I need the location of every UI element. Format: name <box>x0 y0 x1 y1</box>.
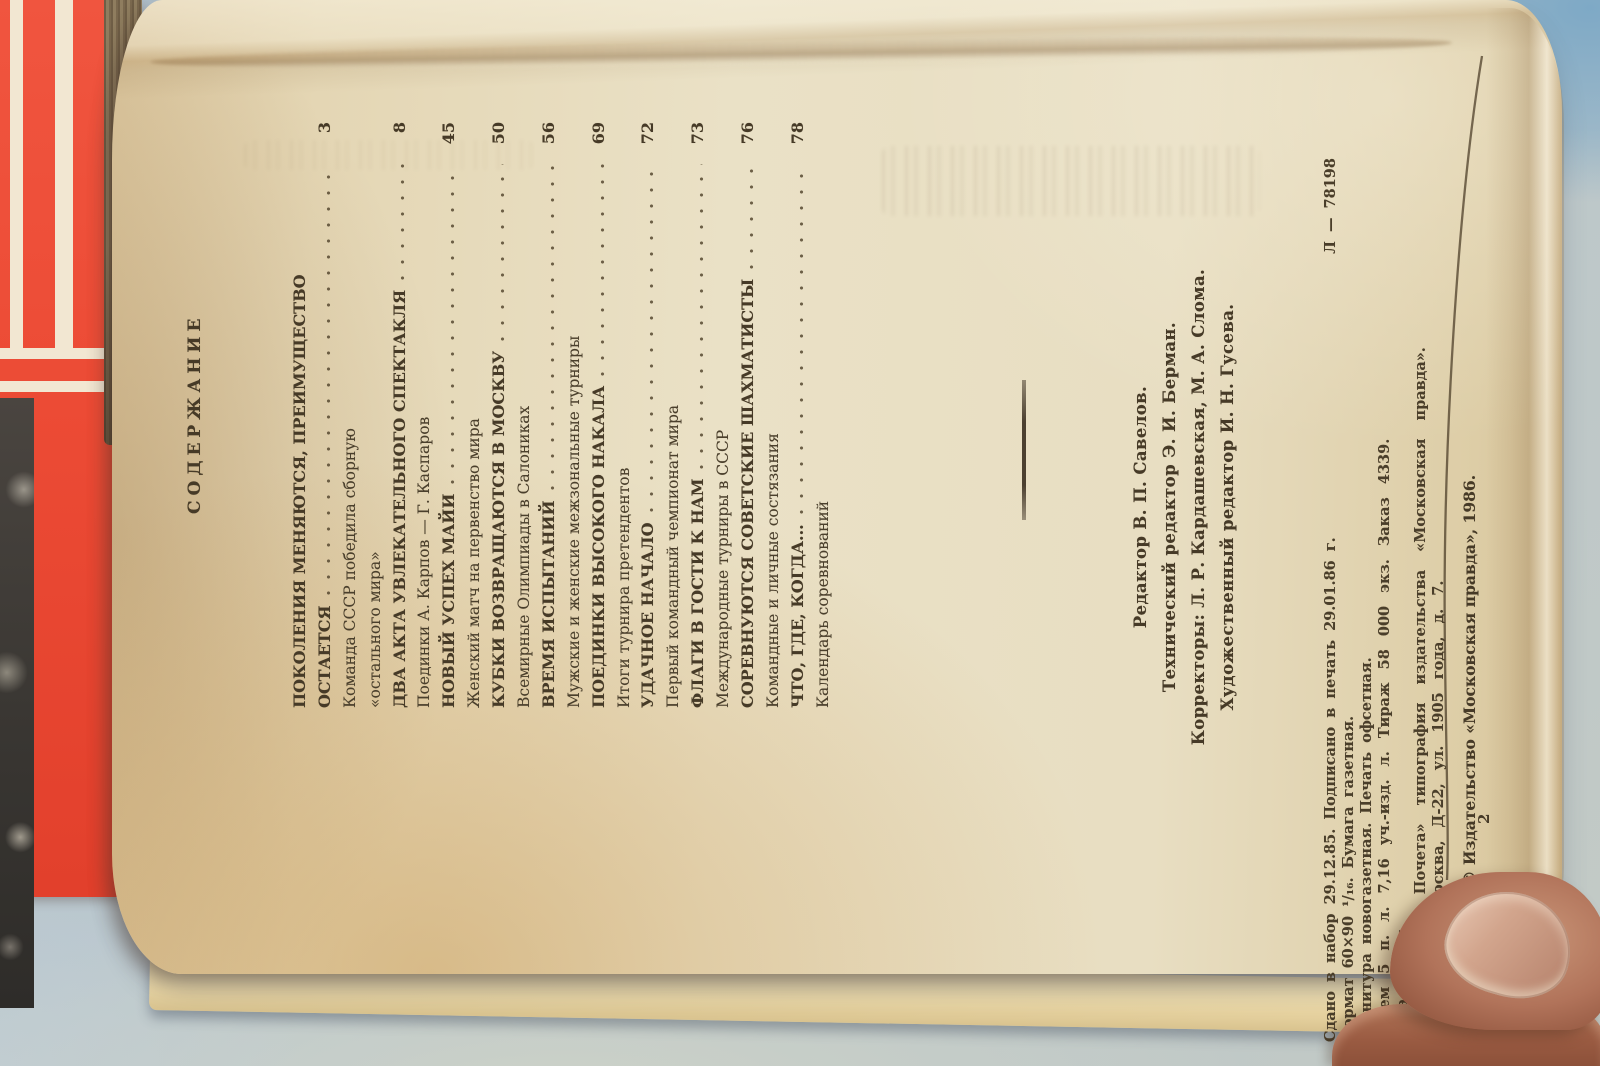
cover-stripe <box>55 0 73 352</box>
imprint-line: Объем 5 п. л. 7,16 уч.-изд. л. Тираж 58 … <box>1376 158 1394 1042</box>
imprint-line: Сдано в набор 29.12.85. Подписано в печа… <box>1322 158 1340 1042</box>
editor-line: Редактор В. П. Савелов. <box>1126 169 1155 845</box>
toc-title-text: ВРЕМЯ ИСПЫТАНИЙ <box>537 500 562 708</box>
dot-leader <box>500 164 506 341</box>
imprint-line: Цена 45 коп. <box>1394 158 1412 1042</box>
thumb-nail <box>1434 877 1584 1012</box>
toc-title-line: ВРЕМЯ ИСПЫТАНИЙ56 <box>537 122 562 708</box>
imprint-line: Гарнитура новогазетная. Печать офсетная. <box>1358 158 1376 1042</box>
dot-leader <box>600 164 606 376</box>
toc-subtitle: Поединки А. Карпов — Г. Каспаров <box>412 122 437 708</box>
toc-page-number: 73 <box>686 122 711 156</box>
toc-subtitle: «остального мира» <box>363 122 388 708</box>
dot-leader <box>450 164 456 484</box>
toc-title-text: ДВА АКТА УВЛЕКАТЕЛЬНОГО СПЕКТАКЛЯ <box>388 290 413 708</box>
toc-subtitle: Мужские и женские межзональные турниры <box>562 122 587 708</box>
page-curl-right <box>1486 8 1564 960</box>
imprint-code: Л — 78198 <box>1322 158 1340 254</box>
toc-page-number: 3 <box>313 122 338 156</box>
dot-leader <box>550 164 556 490</box>
toc-title-line: ПОКОЛЕНИЯ МЕНЯЮТСЯ, ПРЕИМУЩЕСТВО <box>288 122 313 708</box>
toc-title-line: НОВЫЙ УСПЕХ МАЙИ45 <box>437 122 462 708</box>
photo-scene: СОДЕРЖАНИЕ ПОКОЛЕНИЯ МЕНЯЮТСЯ, ПРЕИМУЩЕС… <box>0 0 1600 1066</box>
dot-leader <box>649 164 655 512</box>
toc-title-text: ОСТАЕТСЯ <box>313 605 338 708</box>
toc-title-text: СОРЕВНУЮТСЯ СОВЕТСКИЕ ШАХМАТИСТЫ <box>736 279 761 708</box>
toc-title-line: ДВА АКТА УВЛЕКАТЕЛЬНОГО СПЕКТАКЛЯ8 <box>388 122 413 708</box>
toc-page-number: 45 <box>437 122 462 156</box>
editor-line: Художественный редактор И. Н. Гусева. <box>1213 169 1242 845</box>
toc-title-text: КУБКИ ВОЗВРАЩАЮТСЯ В МОСКВУ <box>487 351 512 708</box>
toc-page-number: 78 <box>786 122 811 156</box>
toc-title-line: ФЛАГИ В ГОСТИ К НАМ73 <box>686 122 711 708</box>
dot-leader <box>799 164 805 514</box>
cover-bw-photo <box>0 398 34 1008</box>
toc-subtitle: Первый командный чемпионат мира <box>661 122 686 708</box>
toc-title-line: ЧТО, ГДЕ, КОГДА...78 <box>786 122 811 708</box>
toc-title-text: УДАЧНОЕ НАЧАЛО <box>636 522 661 708</box>
toc-title-line: УДАЧНОЕ НАЧАЛО72 <box>636 122 661 708</box>
section-divider-rule <box>1022 380 1026 520</box>
folio-page-number: 2 <box>1474 798 1494 824</box>
dot-leader <box>326 164 332 595</box>
editor-line: Корректоры: Л. Р. Кардашевская, М. А. Сл… <box>1184 169 1213 845</box>
editors-block: Редактор В. П. Савелов. Технический реда… <box>1126 169 1246 845</box>
toc-subtitle: Календарь соревнований <box>811 122 836 708</box>
toc-heading: СОДЕРЖАНИЕ <box>176 318 214 514</box>
toc-title-text: ПОКОЛЕНИЯ МЕНЯЮТСЯ, ПРЕИМУЩЕСТВО <box>288 274 313 708</box>
toc-subtitle: Женский матч на первенство мира <box>462 122 487 708</box>
toc-page-number: 8 <box>388 122 413 156</box>
table-of-contents: ПОКОЛЕНИЯ МЕНЯЮТСЯ, ПРЕИМУЩЕСТВО ОСТАЕТС… <box>288 122 836 708</box>
toc-title-text: НОВЫЙ УСПЕХ МАЙИ <box>437 494 462 708</box>
imprint-line: Формат 60×90 ¹/₁₆. Бумага газетная. <box>1340 158 1358 1042</box>
toc-title-text: ПОЕДИНКИ ВЫСОКОГО НАКАЛА <box>587 386 612 708</box>
toc-title-line: ПОЕДИНКИ ВЫСОКОГО НАКАЛА69 <box>587 122 612 708</box>
editor-line: Технический редактор Э. И. Берман. <box>1155 169 1184 845</box>
dot-leader <box>749 164 755 269</box>
dot-leader <box>699 164 705 469</box>
imprint-text: Сдано в набор 29.12.85. Подписано в печа… <box>1322 537 1340 1042</box>
toc-subtitle: Командные и личные состязания <box>761 122 786 708</box>
toc-page-number: 69 <box>587 122 612 156</box>
toc-page-number: 76 <box>736 122 761 156</box>
toc-title-text: ФЛАГИ В ГОСТИ К НАМ <box>686 479 711 708</box>
toc-subtitle: Международные турниры в СССР <box>711 122 736 708</box>
toc-title-line: СОРЕВНУЮТСЯ СОВЕТСКИЕ ШАХМАТИСТЫ76 <box>736 122 761 708</box>
toc-subtitle: Всемирные Олимпиады в Салониках <box>512 122 537 708</box>
dot-leader <box>400 164 406 280</box>
toc-page-number: 50 <box>487 122 512 156</box>
toc-title-text: ЧТО, ГДЕ, КОГДА... <box>786 524 811 708</box>
cover-stripe <box>10 0 23 352</box>
toc-page-number: 56 <box>537 122 562 156</box>
toc-title-line: КУБКИ ВОЗВРАЩАЮТСЯ В МОСКВУ50 <box>487 122 512 708</box>
toc-subtitle: Итоги турнира претендентов <box>612 122 637 708</box>
toc-title-line: ОСТАЕТСЯ3 <box>313 122 338 708</box>
toc-subtitle: Команда СССР победила сборную <box>338 122 363 708</box>
toc-page-number: 72 <box>636 122 661 156</box>
